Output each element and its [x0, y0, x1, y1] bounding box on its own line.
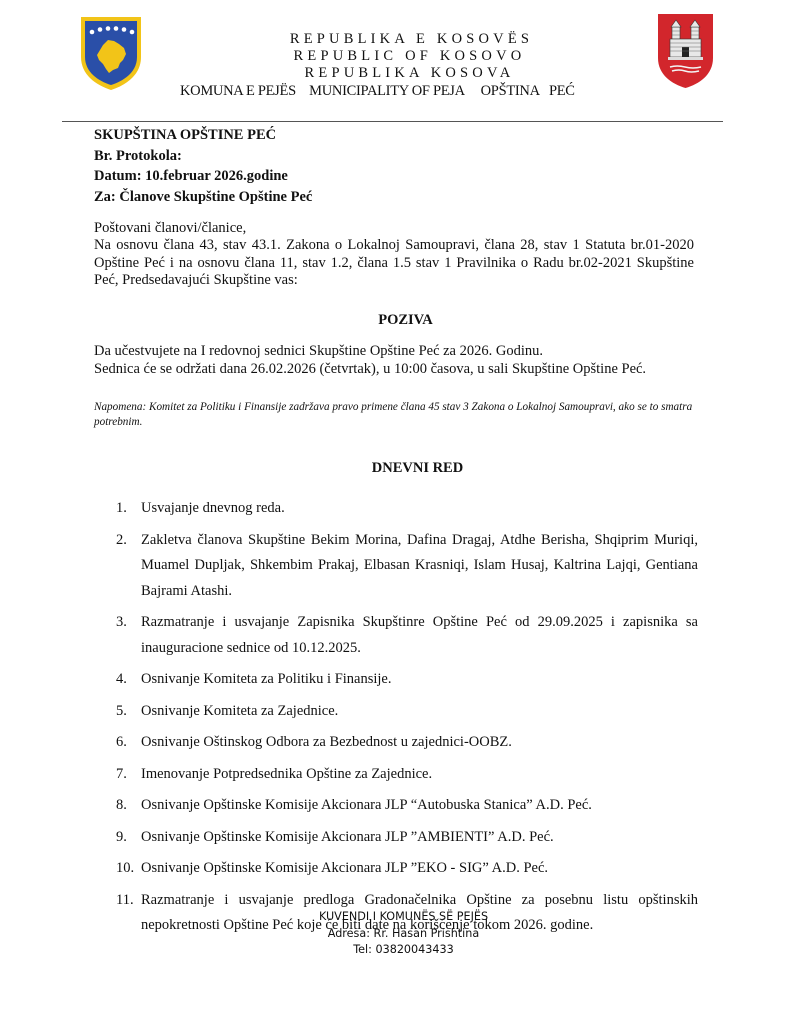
- agenda-item-number: 2.: [116, 528, 127, 554]
- agenda-item: 6.Osnivanje Oštinskog Odbora za Bezbedno…: [116, 730, 698, 756]
- agenda-item-number: 6.: [116, 730, 127, 756]
- header-republic-albanian: REPUBLIKA E KOSOVËS: [0, 31, 791, 47]
- agenda-title: DNEVNI RED: [0, 460, 791, 477]
- agenda-item-number: 3.: [116, 610, 127, 636]
- agenda-item-text: Imenovanje Potpredsednika Opštine za Zaj…: [141, 766, 432, 782]
- agenda-item: 1.Usvajanje dnevnog reda.: [116, 496, 698, 522]
- footer-address: Adresa: Rr. Hasan Prishtina: [8, 926, 791, 943]
- agenda-item: 9.Osnivanje Opštinske Komisije Akcionara…: [116, 825, 698, 851]
- header-republic-serbian: REPUBLIKA KOSOVA: [0, 65, 791, 81]
- protocol-number: Br. Protokola:: [94, 146, 312, 167]
- agenda-item-number: 9.: [116, 825, 127, 851]
- document-date: Datum: 10.februar 2026.godine: [94, 166, 312, 187]
- agenda-item-text: Osnivanje Opštinske Komisije Akcionara J…: [141, 829, 554, 845]
- footer-phone: Tel: 03820043433: [8, 942, 791, 959]
- header-divider: [62, 121, 723, 122]
- agenda-item-number: 10.: [116, 856, 134, 882]
- footer-assembly-name: KUVENDI I KOMUNËS SË PEJËS: [8, 909, 791, 926]
- greeting: Poštovani članovi/članice,: [94, 220, 694, 238]
- agenda-item-number: 5.: [116, 699, 127, 725]
- agenda-item: 3.Razmatranje i usvajanje Zapisnika Skup…: [116, 610, 698, 661]
- agenda-item: 2.Zakletva članova Skupštine Bekim Morin…: [116, 528, 698, 605]
- agenda-item-text: Osnivanje Opštinske Komisije Akcionara J…: [141, 860, 548, 876]
- agenda-item-text: Zakletva članova Skupštine Bekim Morina,…: [141, 532, 698, 599]
- footer: KUVENDI I KOMUNËS SË PEJËS Adresa: Rr. H…: [0, 909, 791, 959]
- legal-basis: Na osnovu člana 43, stav 43.1. Zakona o …: [94, 237, 694, 290]
- header-republic-english: REPUBLIC OF KOSOVO: [0, 48, 791, 64]
- agenda-item-text: Usvajanje dnevnog reda.: [141, 500, 285, 516]
- agenda-item-number: 4.: [116, 667, 127, 693]
- agenda-item-number: 7.: [116, 762, 127, 788]
- invite-line-2: Sednica će se održati dana 26.02.2026 (č…: [94, 361, 734, 379]
- agenda-item: 4.Osnivanje Komiteta za Politiku i Finan…: [116, 667, 698, 693]
- agenda-item: 7.Imenovanje Potpredsednika Opštine za Z…: [116, 762, 698, 788]
- institution-name: SKUPŠTINA OPŠTINE PEĆ: [94, 125, 312, 146]
- recipient: Za: Članove Skupštine Opštine Peć: [94, 187, 312, 208]
- agenda-item-number: 8.: [116, 793, 127, 819]
- agenda-item-number: 1.: [116, 496, 127, 522]
- agenda-item-text: Osnivanje Oštinskog Odbora za Bezbednost…: [141, 734, 512, 750]
- invite-line-1: Da učestvujete na I redovnoj sednici Sku…: [94, 343, 734, 361]
- agenda-item-text: Osnivanje Komiteta za Politiku i Finansi…: [141, 671, 392, 687]
- note: Napomena: Komitet za Politiku i Finansij…: [94, 400, 704, 429]
- agenda-list: 1.Usvajanje dnevnog reda. 2.Zakletva čla…: [116, 496, 698, 945]
- document-meta: SKUPŠTINA OPŠTINE PEĆ Br. Protokola: Dat…: [94, 125, 312, 207]
- agenda-item-text: Osnivanje Opštinske Komisije Akcionara J…: [141, 797, 592, 813]
- agenda-item: 5.Osnivanje Komiteta za Zajednice.: [116, 699, 698, 725]
- invite-heading: POZIVA: [0, 312, 791, 329]
- invite-text: Da učestvujete na I redovnoj sednici Sku…: [94, 343, 734, 378]
- agenda-item: 10.Osnivanje Opštinske Komisije Akcionar…: [116, 856, 698, 882]
- agenda-item-text: Osnivanje Komiteta za Zajednice.: [141, 703, 338, 719]
- agenda-item: 8.Osnivanje Opštinske Komisije Akcionara…: [116, 793, 698, 819]
- header-municipality: KOMUNA E PEJËS MUNICIPALITY OF PEJA OPŠT…: [180, 83, 575, 99]
- agenda-item-text: Razmatranje i usvajanje Zapisnika Skupšt…: [141, 614, 698, 656]
